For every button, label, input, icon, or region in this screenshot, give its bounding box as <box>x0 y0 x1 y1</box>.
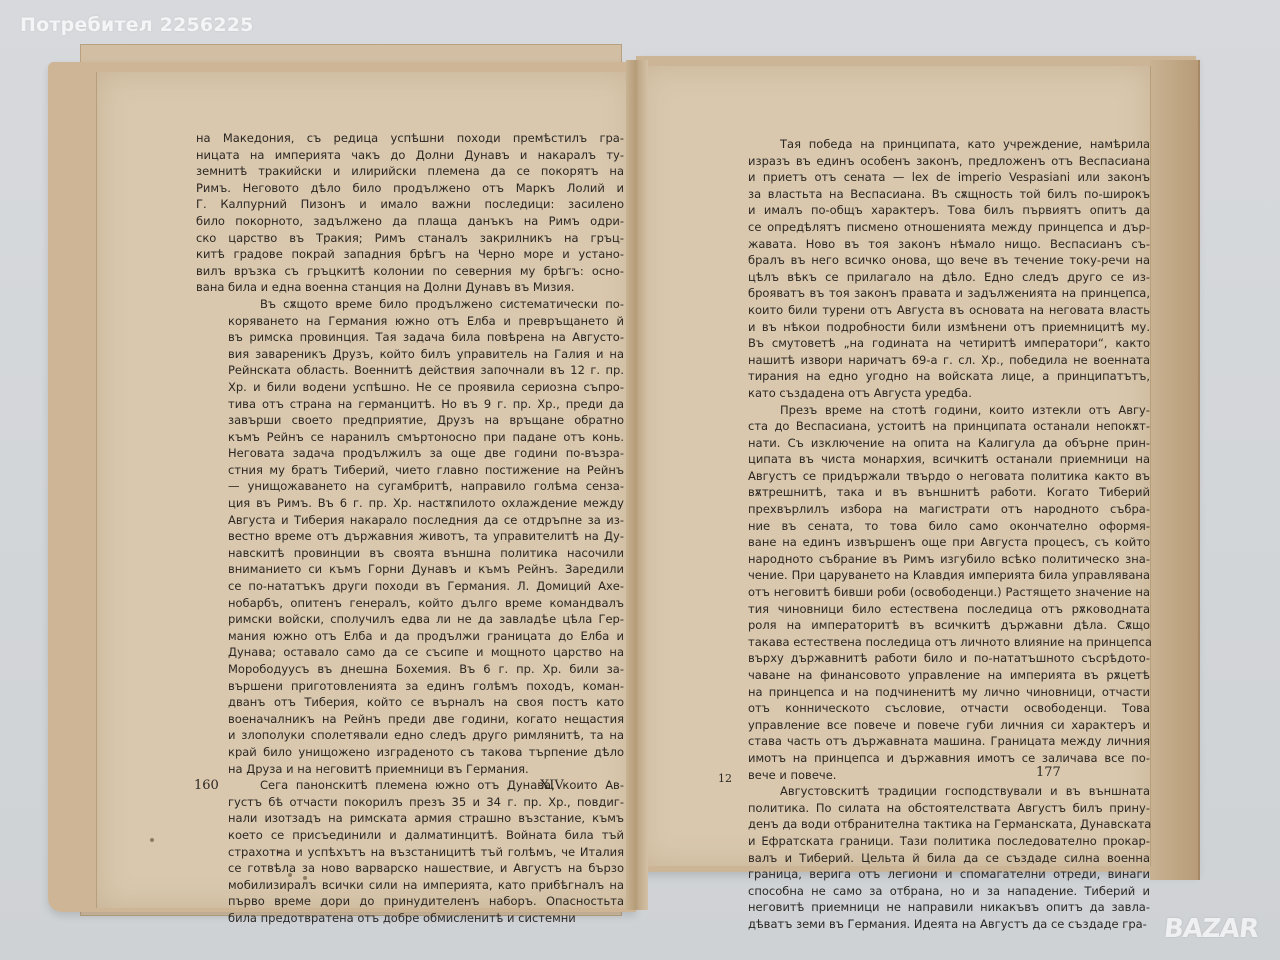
text-line: управление все повече и повече губи личн… <box>716 717 1150 734</box>
text-line: било покорното, задължено да плаща данък… <box>196 213 624 230</box>
text-line: Дунава; оставало само да се съсипе и мощ… <box>196 644 624 661</box>
text-line: за властьта на Веспасиана. Въ сѫщность т… <box>716 186 1150 203</box>
text-line: вършени приготовленията за единъ голѣмъ … <box>196 678 624 695</box>
text-line: Рейнската область. Военнитѣ действия зап… <box>196 362 624 379</box>
text-line: мания южно отъ Елба и да продължи границ… <box>196 628 624 645</box>
text-line: които били турени отъ Августа въ основат… <box>716 302 1150 319</box>
text-line: ско царство въ Тракия; Римъ станалъ закр… <box>196 230 624 247</box>
text-line: била предотвратена отъ добре обмисленитѣ… <box>196 910 624 927</box>
text-line: и Ефратската граници. Тази политика посл… <box>716 833 1150 850</box>
text-line: земнитѣ тракийски и илирийски племена да… <box>196 163 624 180</box>
text-line: отъ конническото съсловие, отчасти освоб… <box>716 700 1150 717</box>
text-line: Хр. и били водени успѣшно. Не се проявил… <box>196 379 624 396</box>
text-line: граница, верига отъ легиони и спомагател… <box>716 866 1150 883</box>
text-line: въ римска провинция. Тая задача била пов… <box>196 329 624 346</box>
text-line: жавата. Ново въ тоя законъ нѣмало нищо. … <box>716 236 1150 253</box>
text-line: Въ сѫщото време било продължено системат… <box>196 296 624 313</box>
text-line: на Македония, съ редица успѣшни походи п… <box>196 130 624 147</box>
text-line: се по-нататъкъ други походи въ Германия.… <box>196 578 624 595</box>
text-line: Римъ. Неговото дѣло било продължено отъ … <box>196 180 624 197</box>
text-line: ние въ сената, то това било само окончат… <box>716 518 1150 535</box>
text-line: върху държавнитѣ работи било и по-нататъ… <box>716 650 1150 667</box>
text-line: вече и повече. <box>716 767 1150 784</box>
text-line: чаване на финансовото управление на импе… <box>716 667 1150 684</box>
text-line: прехвърлилъ избора на магистрати отъ нар… <box>716 501 1150 518</box>
text-line: такава естествена последица отъ личното … <box>716 634 1150 651</box>
text-line: римски войски, сполучилъ едва ли не да з… <box>196 611 624 628</box>
right-page-text: Тая победа на принципата, като учреждени… <box>716 136 1150 933</box>
right-page-edge <box>1150 60 1200 880</box>
text-line: ницата на империята чакъ до Долни Дунавъ… <box>196 147 624 164</box>
text-line: стния му братъ Тиберий, чието главно пос… <box>196 462 624 479</box>
text-line: Августовскитѣ традиции господствували и … <box>716 783 1150 800</box>
text-line: тирания на едно угодно на войската лице,… <box>716 368 1150 385</box>
left-page-number: 160 <box>194 778 219 793</box>
text-line: бралъ въ него всичко онова, що вече въ т… <box>716 252 1150 269</box>
text-line: ция въ Римъ. Въ 6 г. пр. Хр. настѫпилото… <box>196 495 624 512</box>
text-line: ване на единъ извършенъ още при Августа … <box>716 534 1150 551</box>
text-line: страхотна и успѣхътъ на възстаницитѣ тъй… <box>196 844 624 861</box>
text-line: коряването на Германия южно отъ Елба и п… <box>196 313 624 330</box>
text-line: вана била и една военна станция на Долни… <box>196 279 624 296</box>
text-line: способна не само за отбрана, но и за нап… <box>716 883 1150 900</box>
text-line: Г. Калпурний Пизонъ и имало важни послед… <box>196 196 624 213</box>
left-page-text: на Македония, съ редица успѣшни походи п… <box>196 130 624 927</box>
text-line: нобарбъ, опитенъ генералъ, който дълго в… <box>196 595 624 612</box>
left-signature-mark: XIV <box>540 778 564 793</box>
text-line: отъ неговитѣ бивши роби (освободенци.) Р… <box>716 584 1150 601</box>
text-line: вия завареникъ Друзъ, който билъ управит… <box>196 346 624 363</box>
text-line: и ималъ по-общъ характеръ. Това билъ пър… <box>716 202 1150 219</box>
text-line: и приетъ отъ сената — lex de imperio Ves… <box>716 169 1150 186</box>
text-line: изразъ въ единъ особенъ законъ, предложе… <box>716 153 1150 170</box>
text-line: нали изотзадъ на римската армия страшно … <box>196 810 624 827</box>
text-line: Августа и Тиберия накарало последния да … <box>196 512 624 529</box>
text-line: политика. По силата на обстоятелствата А… <box>716 800 1150 817</box>
text-line: вестно време отъ държавния животъ, та уп… <box>196 528 624 545</box>
text-line: Морободуусъ въ днешна Бохемия. Въ 6 г. п… <box>196 661 624 678</box>
text-line: дванъ отъ Тиберия, който се върналъ на с… <box>196 694 624 711</box>
text-line: цѣлъ вѣкъ се прилагало на дѣло. Едно сле… <box>716 269 1150 286</box>
text-line: имотъ на принцепса и държавния имотъ се … <box>716 750 1150 767</box>
text-line: става часть отъ държавната машина. Грани… <box>716 733 1150 750</box>
text-line: Тая победа на принципата, като учреждени… <box>716 136 1150 153</box>
text-line: роля на императоритѣ въ всичкитѣ държавн… <box>716 617 1150 634</box>
text-line: неговитѣ приемници не направили никакъвъ… <box>716 899 1150 916</box>
text-line: вилъ връзка съ гръцкитѣ колонии по север… <box>196 263 624 280</box>
paragraph: Тая победа на принципата, като учреждени… <box>716 136 1150 402</box>
text-line: край било унищожено изграденото съ таков… <box>196 744 624 761</box>
text-line: като създадена отъ Августа уредба. <box>716 385 1150 402</box>
paragraph: Презъ време на стотѣ години, които изтек… <box>716 402 1150 784</box>
text-line: мобилизиралъ всички сили на империята, к… <box>196 877 624 894</box>
text-line: китѣ градове покрай западния брѣгъ на Че… <box>196 246 624 263</box>
text-line: вѫтрешнитѣ, така и въ външнитѣ работи. К… <box>716 484 1150 501</box>
text-line: брояватъ въ тоя законъ правата и задълже… <box>716 285 1150 302</box>
text-line: — унищожаването на сугамбритѣ, направило… <box>196 478 624 495</box>
right-signature-mark: 12 <box>718 772 732 785</box>
text-line: което се присъединили и далматинцитѣ. Во… <box>196 827 624 844</box>
text-line: на Друза и на неговитѣ приемници въ Герм… <box>196 761 624 778</box>
paragraph: Августовскитѣ традиции господствували и … <box>716 783 1150 932</box>
book-spine-gutter <box>626 60 648 910</box>
text-line: къмъ Рейнъ се наранилъ смъртоносно при п… <box>196 429 624 446</box>
text-line: се готвѣла за ново варварско нашествие, … <box>196 860 624 877</box>
user-watermark: Потребител 2256225 <box>20 14 254 36</box>
text-line: завърши своето предприятие, Друзъ на връ… <box>196 412 624 429</box>
text-line: Презъ време на стотѣ години, които изтек… <box>716 402 1150 419</box>
text-line: навскитѣ провинции въ своята външна поли… <box>196 545 624 562</box>
text-line: народното събрание въ Римъ изгубило всѣк… <box>716 551 1150 568</box>
text-line: дѣватъ земи въ Германия. Идеята на Авгус… <box>716 916 1150 933</box>
text-line: военачалникъ на Рейнъ преди две години, … <box>196 711 624 728</box>
text-line: денъ да води отбранителна тактика на Гер… <box>716 816 1150 833</box>
text-line: валъ и Тиберий. Цельта й била да се създ… <box>716 850 1150 867</box>
text-line: Неговата задача продължилъ за още две го… <box>196 445 624 462</box>
paragraph: Въ сѫщото време било продължено системат… <box>196 296 624 777</box>
text-line: на принцепса и на подчиненитѣ му лично ч… <box>716 684 1150 701</box>
text-line: нати. Съ изключение на опита на Калигула… <box>716 435 1150 452</box>
paragraph: на Македония, съ редица успѣшни походи п… <box>196 130 624 296</box>
bazar-logo: BAZAR <box>1162 914 1259 944</box>
text-line: вниманието си къмъ Горни Дунавъ и къмъ Р… <box>196 561 624 578</box>
text-line: густъ бѣ отчасти покорилъ презъ 35 и 34 … <box>196 794 624 811</box>
right-page-number: 177 <box>1036 765 1061 780</box>
text-line: първо време дори до принудителенъ наборъ… <box>196 893 624 910</box>
text-line: тия чиновници било естествена последица … <box>716 601 1150 618</box>
text-line: ципата въ чиста монархия, всичкитѣ остан… <box>716 451 1150 468</box>
text-line: Въ смутоветѣ „на годината на четиритѣ им… <box>716 335 1150 352</box>
paper-stain <box>150 838 154 842</box>
text-line: чение. При царуването на Клавдия империя… <box>716 567 1150 584</box>
text-line: тива отъ страна на германцитѣ. Но въ 9 г… <box>196 396 624 413</box>
paragraph: Сега панонскитѣ племена южно отъ Дунава,… <box>196 777 624 926</box>
text-line: нашитѣ извори наричатъ 69-а г. сл. Хр., … <box>716 352 1150 369</box>
text-line: Августъ се придържали твърдо о неговата … <box>716 468 1150 485</box>
text-line: се опредѣлятъ писмено отношенията между … <box>716 219 1150 236</box>
text-line: и въ нѣкои подробности били измѣнени отъ… <box>716 319 1150 336</box>
text-line: ста до Веспасиана, устоитѣ на принципата… <box>716 418 1150 435</box>
text-line: и злополуки сполетявали едно следъ друго… <box>196 727 624 744</box>
